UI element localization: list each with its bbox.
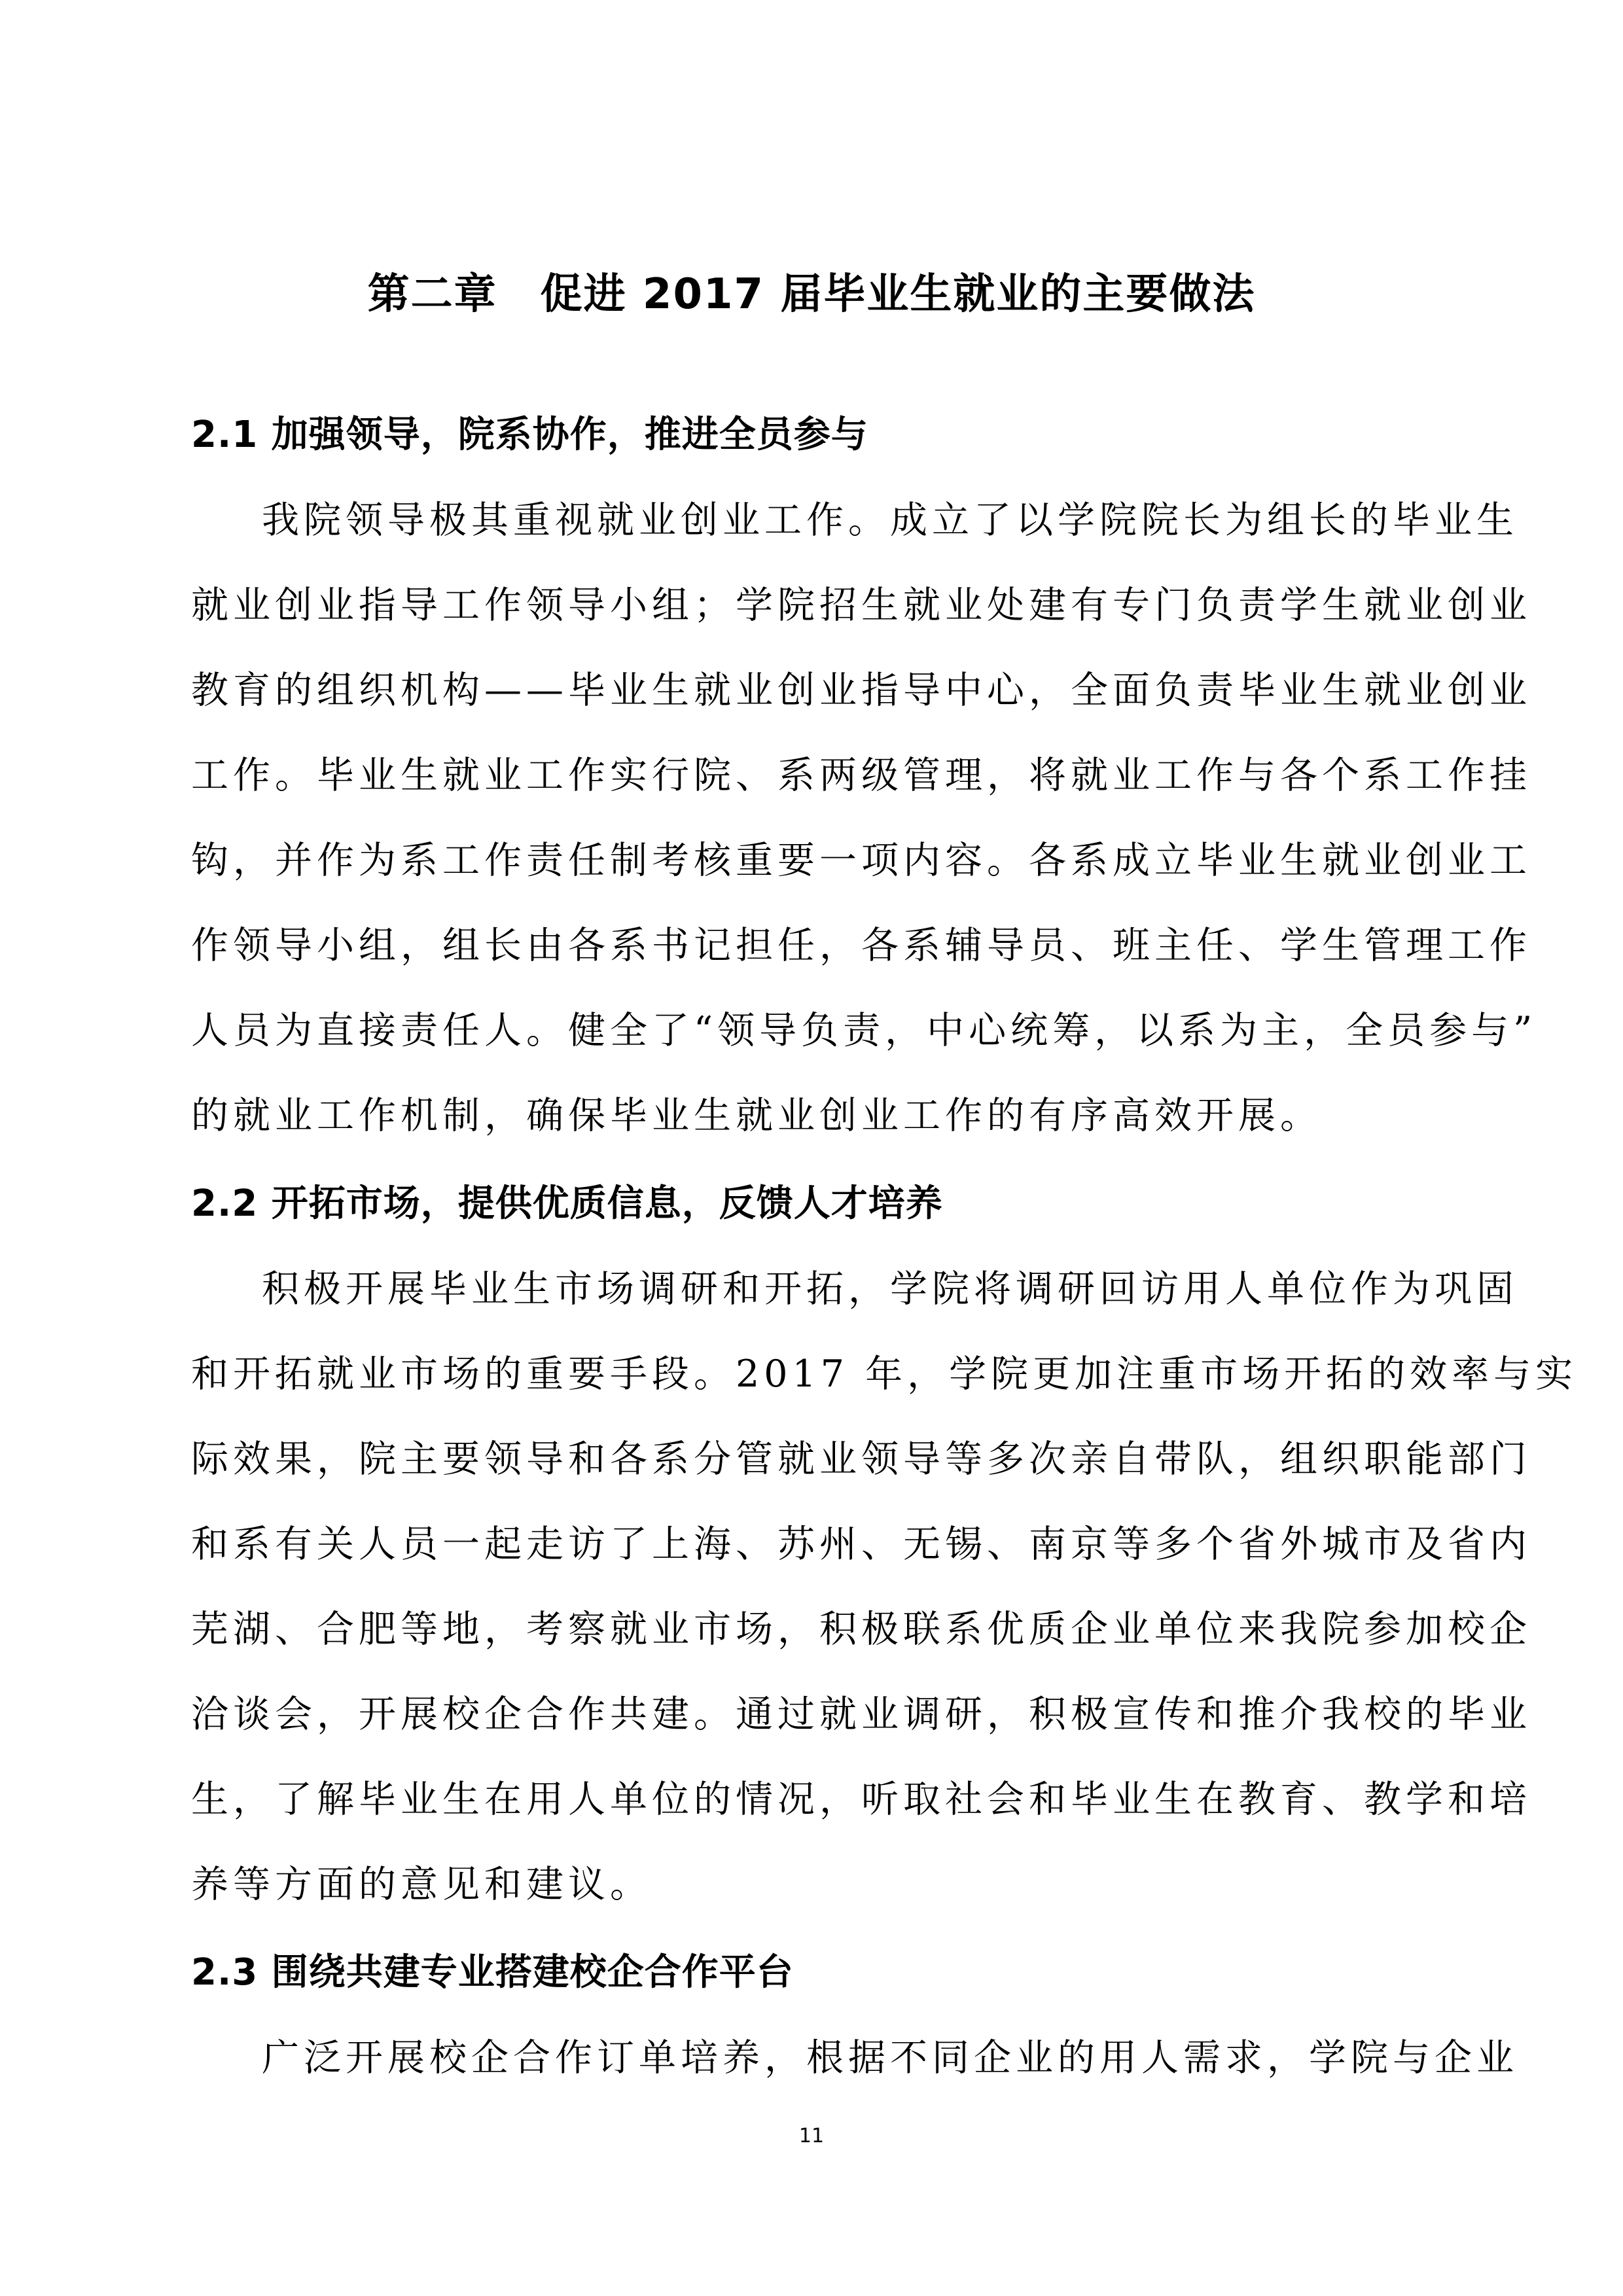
page-number: 11 [0,2123,1623,2149]
paragraph-line: 积极开展毕业生市场调研和开拓，学院将调研回访用人单位作为巩固 [262,1263,1418,1315]
paragraph-line: 就业创业指导工作领导小组；学院招生就业处建有专门负责学生就业创业 [191,579,1418,631]
paragraph-line: 作领导小组，组长由各系书记担任，各系辅导员、班主任、学生管理工作 [191,919,1418,972]
paragraph-line: 广泛开展校企合作订单培养，根据不同企业的用人需求，学院与企业 [262,2032,1418,2084]
section-heading-2-2: 2.2 开拓市场，提供优质信息，反馈人才培养 [191,1178,943,1230]
section-heading-2-3: 2.3 围绕共建专业搭建校企合作平台 [191,1947,794,1999]
paragraph-line: 钩，并作为系工作责任制考核重要一项内容。各系成立毕业生就业创业工 [191,834,1418,887]
paragraph-line: 我院领导极其重视就业创业工作。成立了以学院院长为组长的毕业生 [262,494,1418,546]
paragraph-line: 洽谈会，开展校企合作共建。通过就业调研，积极宣传和推介我校的毕业 [191,1688,1418,1740]
document-page: 第二章 促进 2017 届毕业生就业的主要做法 2.1 加强领导，院系协作，推进… [0,0,1623,2296]
paragraph-line: 和系有关人员一起走访了上海、苏州、无锡、南京等多个省外城市及省内 [191,1518,1418,1570]
paragraph-line: 养等方面的意见和建议。 [191,1858,1418,1911]
paragraph-line: 人员为直接责任人。健全了“领导负责，中心统筹，以系为主，全员参与” [191,1004,1418,1057]
paragraph-line: 和开拓就业市场的重要手段。2017 年，学院更加注重市场开拓的效率与实 [191,1348,1418,1400]
paragraph-line: 教育的组织机构——毕业生就业创业指导中心，全面负责毕业生就业创业 [191,664,1418,716]
paragraph-line: 芜湖、合肥等地，考察就业市场，积极联系优质企业单位来我院参加校企 [191,1603,1418,1655]
paragraph-line: 工作。毕业生就业工作实行院、系两级管理，将就业工作与各个系工作挂 [191,749,1418,802]
section-heading-2-1: 2.1 加强领导，院系协作，推进全员参与 [191,409,868,461]
paragraph-line: 际效果，院主要领导和各系分管就业领导等多次亲自带队，组织职能部门 [191,1433,1418,1485]
paragraph-line: 的就业工作机制，确保毕业生就业创业工作的有序高效开展。 [191,1089,1418,1142]
chapter-title: 第二章 促进 2017 届毕业生就业的主要做法 [0,262,1623,327]
paragraph-line: 生，了解毕业生在用人单位的情况，听取社会和毕业生在教育、教学和培 [191,1773,1418,1826]
